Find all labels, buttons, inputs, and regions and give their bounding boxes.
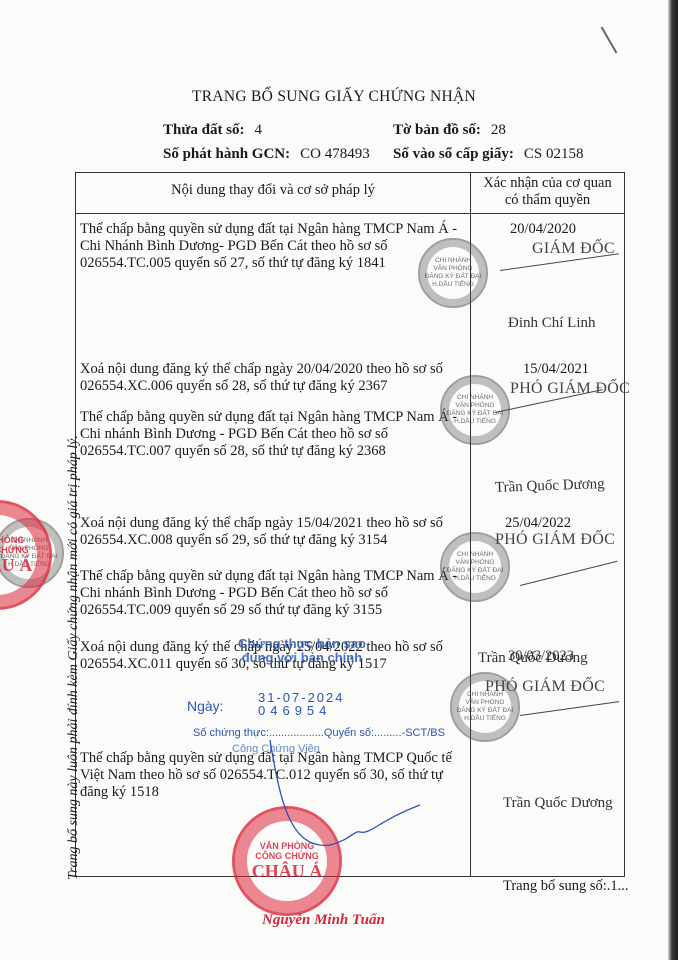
gcn-value: CO 478493 bbox=[300, 146, 370, 162]
certification-title-line1: Chứng thực bản sao bbox=[238, 637, 366, 651]
confirmation-1-date: 20/04/2020 bbox=[510, 221, 576, 238]
certification-title-line2: đúng với bản chính bbox=[238, 651, 366, 665]
notary-office-stamp-edge: VĂN PHÒNG CÔNG CHỨNG CHÂU Á bbox=[0, 500, 52, 610]
land-office-stamp-3: CHI NHÁNHVĂN PHÒNGĐĂNG KÝ ĐẤT ĐAIH.DẦU T… bbox=[440, 532, 510, 602]
confirmation-2-date: 15/04/2021 bbox=[523, 361, 589, 378]
certification-date-label: Ngày: bbox=[187, 698, 224, 714]
entry-5: Thế chấp bằng quyền sử dụng đất tại Ngân… bbox=[80, 568, 465, 619]
certification-stamp-title: Chứng thực bản sao đúng với bản chính bbox=[238, 637, 366, 665]
land-office-stamp-4: CHI NHÁNHVĂN PHÒNGĐĂNG KÝ ĐẤT ĐAIH.DẦU T… bbox=[450, 672, 520, 742]
header-confirmation: Xác nhận của cơ quan có thẩm quyền bbox=[471, 175, 624, 209]
scan-edge bbox=[668, 0, 678, 960]
book-number-label: Quyển số:.........-SCT/BS bbox=[324, 727, 445, 739]
certification-number: 046954 bbox=[258, 703, 331, 718]
gcn-label: Số phát hành GCN: bbox=[163, 146, 290, 162]
pen-mark bbox=[601, 27, 618, 54]
map-sheet-label: Tờ bản đồ số: bbox=[393, 122, 481, 138]
confirmation-4-signer: Trần Quốc Dương bbox=[503, 795, 613, 812]
document-title: TRANG BỔ SUNG GIẤY CHỨNG NHẬN bbox=[0, 88, 668, 106]
land-office-stamp-2: CHI NHÁNHVĂN PHÒNGĐĂNG KÝ ĐẤT ĐAIH.DẦU T… bbox=[440, 375, 510, 445]
notary-signature-icon bbox=[240, 740, 430, 860]
confirmation-3-date: 25/04/2022 bbox=[505, 515, 571, 532]
header-content: Nội dung thay đổi và cơ sở pháp lý bbox=[76, 182, 470, 199]
land-office-stamp-1: CHI NHÁNHVĂN PHÒNGĐĂNG KÝ ĐẤT ĐAIH.DẦU T… bbox=[418, 238, 488, 308]
register-number: Số vào sổ cấp giấy:CS 02158 bbox=[393, 146, 583, 163]
entry-1: Thế chấp bằng quyền sử dụng đất tại Ngân… bbox=[80, 221, 465, 272]
parcel-number: Thửa đất số:4 bbox=[163, 122, 262, 139]
certification-labels: Số chứng thực:..................Quyển số… bbox=[193, 727, 445, 739]
map-sheet-value: 28 bbox=[491, 122, 506, 138]
register-label: Số vào sổ cấp giấy: bbox=[393, 146, 514, 162]
map-sheet-number: Tờ bản đồ số:28 bbox=[393, 122, 506, 139]
gcn-number: Số phát hành GCN:CO 478493 bbox=[163, 146, 370, 163]
confirmation-1-signer: Đinh Chí Linh bbox=[508, 315, 596, 332]
document-page: TRANG BỔ SUNG GIẤY CHỨNG NHẬN Thửa đất s… bbox=[0, 0, 668, 960]
confirmation-4-date: 30/03/2023 bbox=[508, 648, 574, 665]
cert-number-label: Số chứng thực:.................. bbox=[193, 727, 324, 739]
confirmation-3-title: PHÓ GIÁM ĐỐC bbox=[495, 531, 615, 549]
page-footer: Trang bổ sung số:.1... bbox=[503, 878, 629, 895]
entry-2: Xoá nội dung đăng ký thế chấp ngày 20/04… bbox=[80, 361, 465, 395]
parcel-value: 4 bbox=[255, 122, 263, 138]
header-divider bbox=[75, 213, 625, 214]
header-confirmation-line2: có thẩm quyền bbox=[471, 192, 624, 209]
register-value: CS 02158 bbox=[524, 146, 584, 162]
header-confirmation-line1: Xác nhận của cơ quan bbox=[471, 175, 624, 192]
entry-3: Thế chấp bằng quyền sử dụng đất tại Ngân… bbox=[80, 409, 465, 460]
entry-4: Xoá nội dung đăng ký thế chấp ngày 15/04… bbox=[80, 515, 465, 549]
notary-stamp-name: CHÂU Á bbox=[252, 861, 323, 882]
side-note: Trang bổ sung này luôn phải đính kèm Giấ… bbox=[66, 435, 82, 880]
notary-signer: Nguyễn Minh Tuấn bbox=[262, 912, 385, 929]
parcel-label: Thửa đất số: bbox=[163, 122, 245, 138]
